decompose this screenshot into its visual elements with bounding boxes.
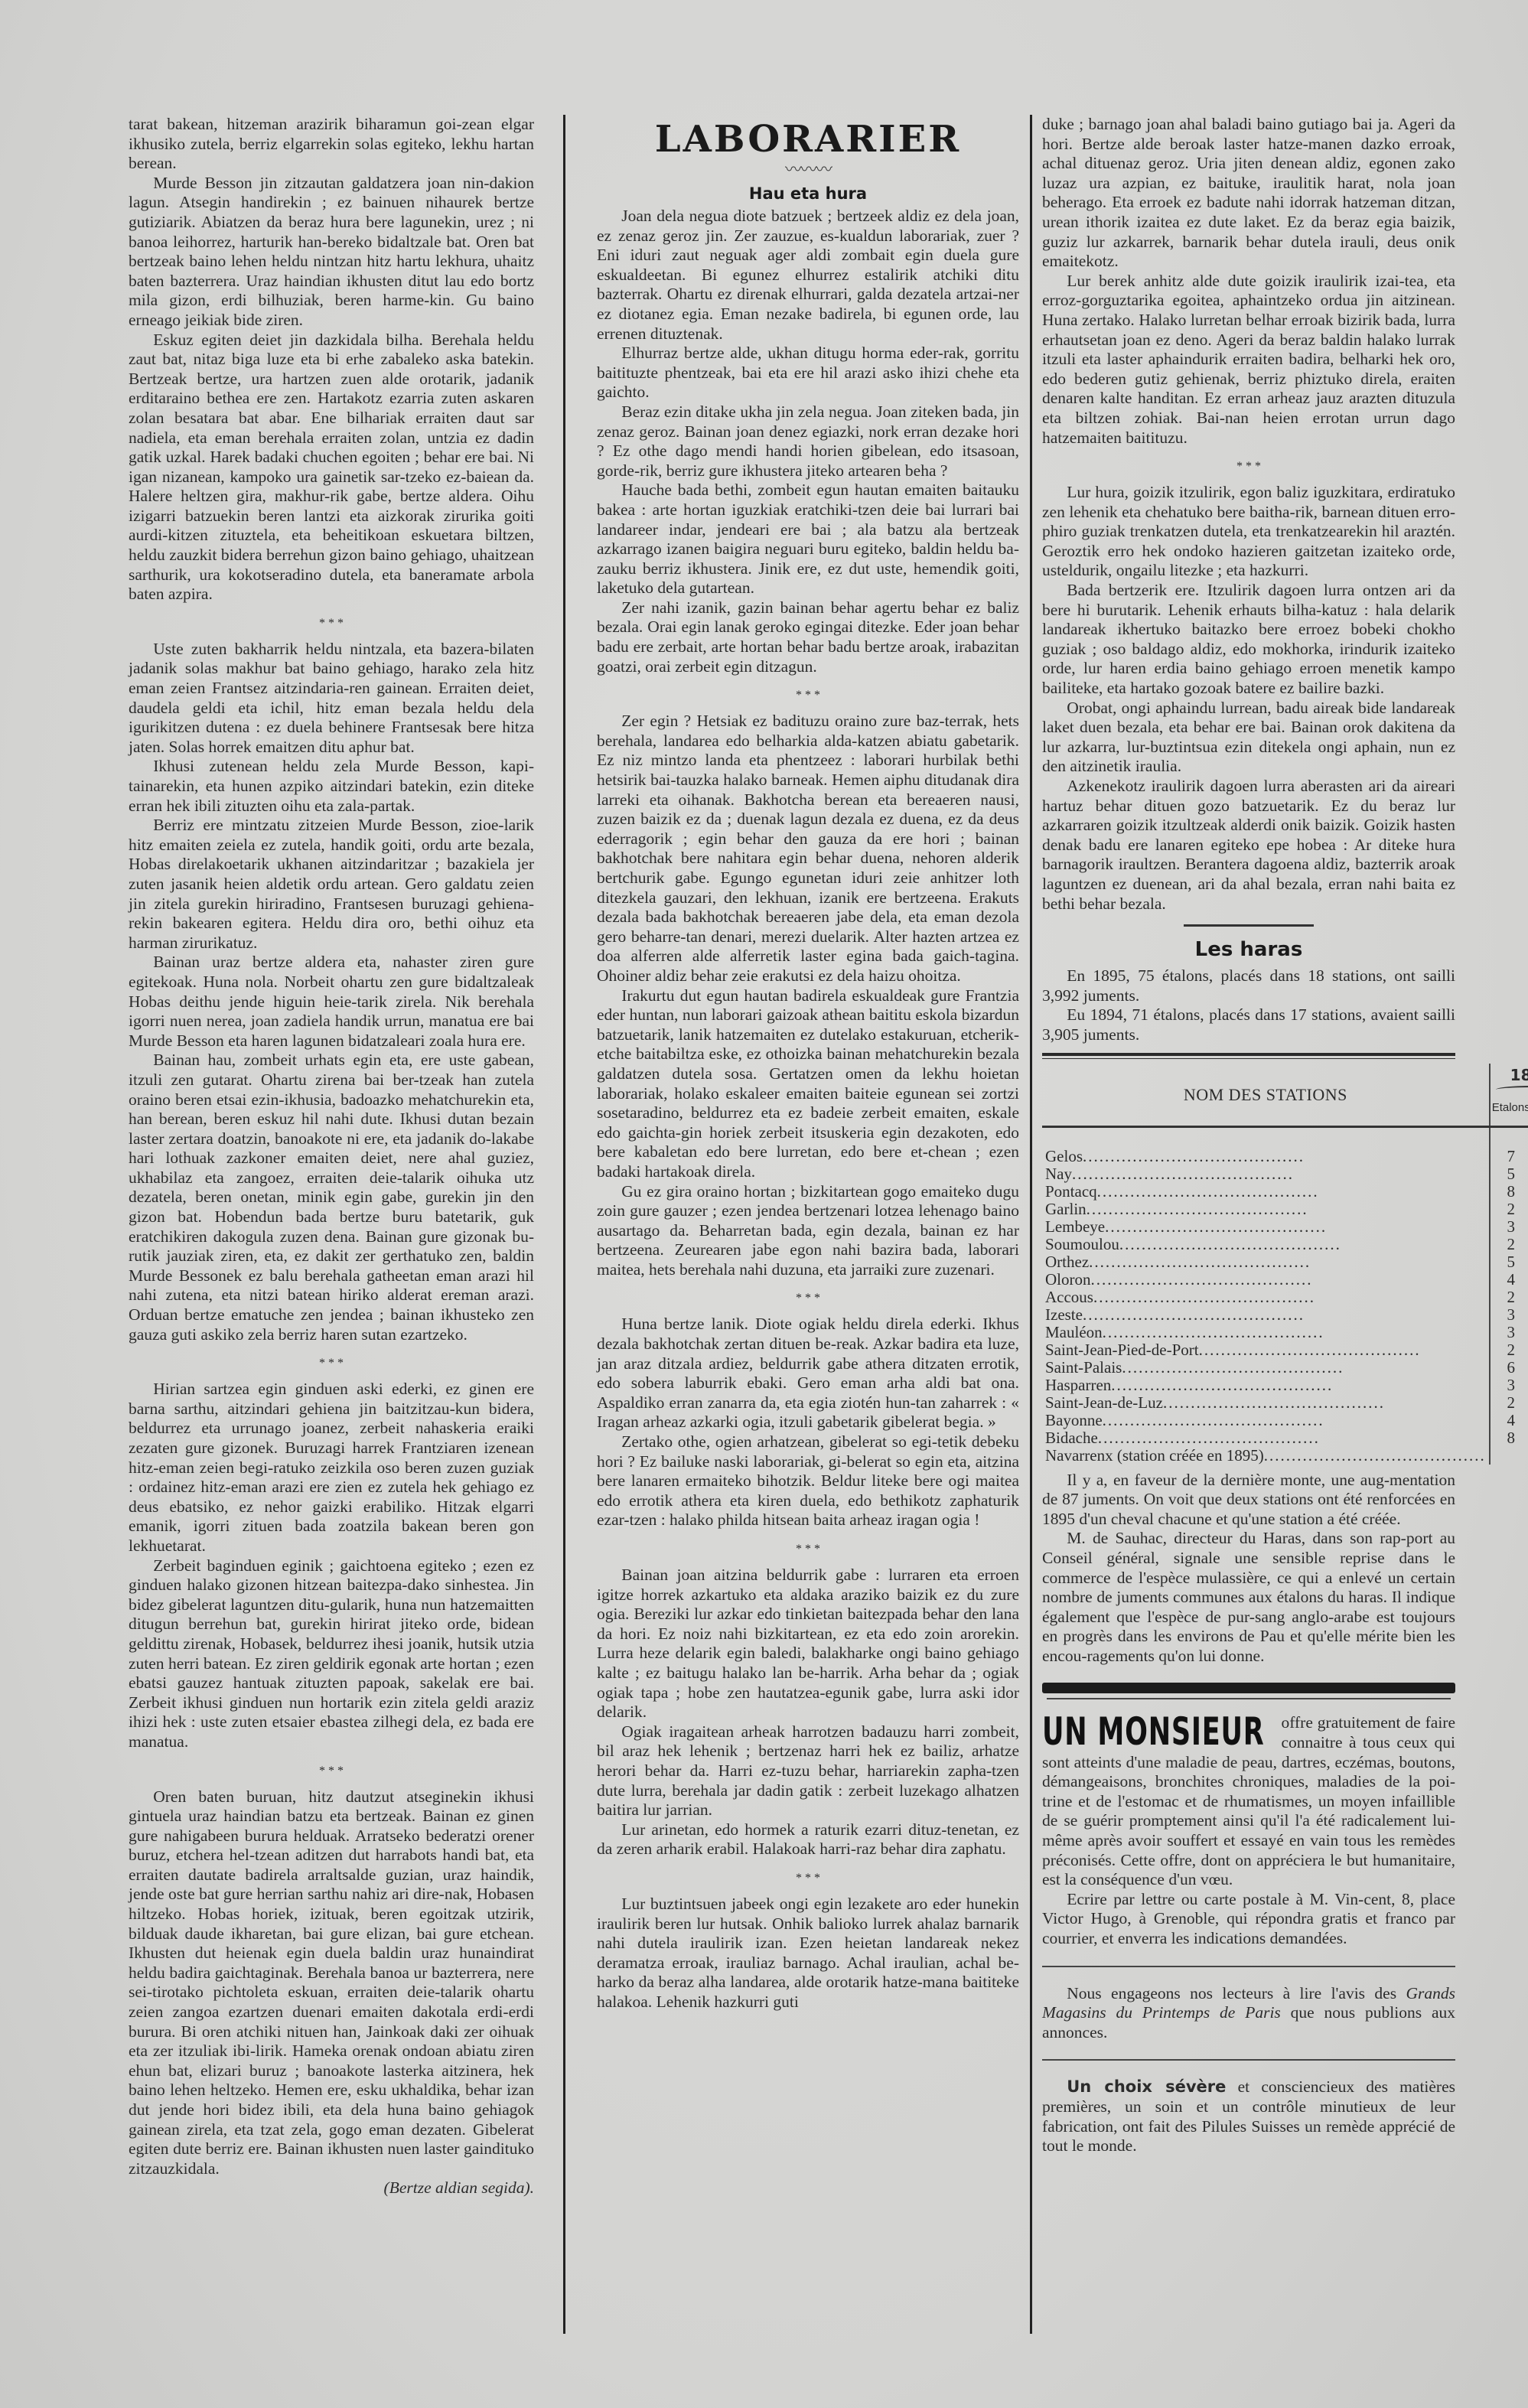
advert-text: UN MONSIEURoffre gratuitement de faire c… [1042, 1713, 1455, 1889]
paragraph: Elhurraz bertze alde, ukhan ditugu horma… [597, 344, 1019, 402]
paragraph: Irakurtu dut egun hautan badirela eskual… [597, 986, 1019, 1182]
cell-e1894: 7 [1490, 1126, 1528, 1165]
haras-title: Les haras [1042, 936, 1455, 963]
section-divider [1042, 1966, 1455, 1967]
cell-e1894: 4 [1490, 1412, 1528, 1429]
table-row: Nay53305314 [1042, 1165, 1528, 1183]
paragraph: duke ; barnago joan ahal baladi baino gu… [1042, 115, 1455, 272]
table-row: Bayonne41954189 [1042, 1412, 1528, 1429]
paragraph: Hauche bada bethi, zombeit egun hautan e… [597, 481, 1019, 598]
column-3: duke ; barnago joan ahal baladi baino gu… [1042, 115, 1455, 2156]
station-name: Mauléon [1042, 1324, 1490, 1341]
station-name: Garlin [1042, 1201, 1490, 1218]
paragraph: Oren baten buruan, hitz dautzut atsegine… [129, 1787, 534, 2179]
station-name: Hasparren [1042, 1377, 1490, 1394]
station-name: Gelos [1042, 1126, 1490, 1165]
to-be-continued: (Bertze aldian segida). [384, 2178, 534, 2198]
paragraph: Zer egin ? Hetsiak ez badituzu oraino zu… [597, 712, 1019, 986]
column-header-station: NOM DES STATIONS [1042, 1064, 1490, 1127]
table-row: Accous262267 [1042, 1289, 1528, 1306]
newspaper-page: tarat bakean, hitzeman arazirik biharamu… [0, 0, 1528, 2408]
cell-e1894: 4 [1490, 1271, 1528, 1289]
cell-e1894: 5 [1490, 1253, 1528, 1271]
paragraph: Ikhusi zutenean heldu zela Murde Besson,… [129, 757, 534, 816]
paragraph: tarat bakean, hitzeman arazirik biharamu… [129, 115, 534, 174]
paragraph: Bainan joan aitzina beldurrik gabe : lur… [597, 1566, 1019, 1722]
table-top-rule [1042, 1053, 1455, 1059]
notice-printemps: Nous engageons nos lecteurs à lire l'avi… [1042, 1984, 1455, 2043]
paragraph: Hirian sartzea egin ginduen aski ederki,… [129, 1380, 534, 1556]
cell-e1894 [1490, 1447, 1528, 1465]
table-row: Oloron43295326 [1042, 1271, 1528, 1289]
table-row: Orthez52775285 [1042, 1253, 1528, 1271]
table-row: Saint-Jean-Pied-de-Port21402146 [1042, 1341, 1528, 1359]
cell-e1894: 2 [1490, 1341, 1528, 1359]
paragraph: Eskuz egiten deiet jin dazkidala bilha. … [129, 331, 534, 604]
paragraph: Ogiak iragaitean arheak harrotzen badauz… [597, 1722, 1019, 1820]
paragraph: Gu ez gira oraino hortan ; bizkitartean … [597, 1182, 1019, 1280]
paragraph: Orobat, ongi aphaindu lurrean, badu aire… [1042, 699, 1455, 777]
cell-e1894: 3 [1490, 1324, 1528, 1341]
notice-pilules-suisses: Un choix sévère et consciencieux des mat… [1042, 2077, 1455, 2155]
paragraph: Azkenekotz iraulirik dagoen lurra aberas… [1042, 777, 1455, 914]
table-row: Soumoulou21113144 [1042, 1236, 1528, 1253]
haras-section: Les haras En 1895, 75 étalons, placés da… [1042, 936, 1455, 1666]
article-subheading: Hau eta hura [597, 182, 1019, 205]
station-name: Lembeye [1042, 1218, 1490, 1236]
column-rule-left [563, 115, 565, 2334]
cell-e1894: 3 [1490, 1306, 1528, 1324]
station-name: Navarrenx (station créée en 1895) [1042, 1447, 1490, 1465]
paragraph: Lur hura, goizik itzulirik, egon baliz i… [1042, 483, 1455, 581]
paragraph: Zertako othe, ogien arhatzean, gibelerat… [597, 1432, 1019, 1530]
column-rule-right [1030, 115, 1032, 2334]
section-stars-divider: * * * [597, 1290, 1019, 1307]
section-stars-divider: * * * [129, 615, 534, 632]
cell-e1894: 8 [1490, 1183, 1528, 1201]
paragraph: Bainan hau, zombeit urhats egin eta, ere… [129, 1051, 534, 1344]
station-name: Pontacq [1042, 1183, 1490, 1201]
station-name: Soumoulou [1042, 1236, 1490, 1253]
table-row: Garlin21312154 [1042, 1201, 1528, 1218]
table-row: Saint-Palais63296316 [1042, 1359, 1528, 1377]
paragraph: Joan dela negua diote batzuek ; bertzeek… [597, 207, 1019, 344]
advert-top-rule-thin [1047, 1698, 1451, 1699]
table-row: Gelos73778415 [1042, 1126, 1528, 1165]
column-header-1894: 1894 [1490, 1064, 1528, 1094]
paragraph: Berriz ere mintzatu zitzeien Murde Besso… [129, 816, 534, 953]
column-1-serial-story: tarat bakean, hitzeman arazirik biharamu… [129, 115, 534, 2198]
paragraph: Huna bertze lanik. Diote ogiak heldu dir… [597, 1315, 1019, 1432]
cell-e1894: 3 [1490, 1377, 1528, 1394]
section-stars-divider: * * * [597, 687, 1019, 704]
paragraph: Lur buztintsuen jabeek ongi egin lezaket… [597, 1895, 1019, 2012]
advert-top-rule [1042, 1683, 1455, 1693]
column-header-etalons-1894: Etalons [1490, 1094, 1528, 1127]
paragraph: Zer nahi izanik, gazin bainan behar ager… [597, 598, 1019, 676]
paragraph: Bada bertzerik ere. Itzulirik dagoen lur… [1042, 581, 1455, 699]
paragraph: Beraz ezin ditake ukha jin zela negua. J… [597, 402, 1019, 481]
table-row: Navarrenx (station créée en 1895)2139 [1042, 1447, 1528, 1465]
advert-address: Ecrire par lettre ou carte postale à M. … [1042, 1890, 1455, 1949]
station-name: Saint-Jean-de-Luz [1042, 1394, 1490, 1412]
paragraph: Murde Besson jin zitzautan galdatzera jo… [129, 174, 534, 331]
section-stars-divider: * * * [597, 1541, 1019, 1558]
station-name: Nay [1042, 1165, 1490, 1183]
station-name: Accous [1042, 1289, 1490, 1306]
squiggle-ornament: 〰〰〰 [597, 164, 1019, 176]
column-2-laborarier: LABORARIER 〰〰〰 Hau eta hura Joan dela ne… [597, 115, 1019, 2012]
continued-notice: (Bertze aldian segida). [129, 2178, 534, 2198]
cell-e1894: 3 [1490, 1218, 1528, 1236]
paragraph: Lur arinetan, edo hormek a raturik ezarr… [597, 1820, 1019, 1859]
table-row: Hasparren31623150 [1042, 1377, 1528, 1394]
table-row: Izeste31943139 [1042, 1306, 1528, 1324]
station-name: Saint-Jean-Pied-de-Port [1042, 1341, 1490, 1359]
station-name: Oloron [1042, 1271, 1490, 1289]
station-name: Izeste [1042, 1306, 1490, 1324]
cell-e1894: 6 [1490, 1359, 1528, 1377]
paragraph: En 1895, 75 étalons, placés dans 18 stat… [1042, 966, 1455, 1005]
station-name: Saint-Palais [1042, 1359, 1490, 1377]
section-masthead: LABORARIER [597, 118, 1019, 161]
advert-headline: UN MONSIEUR [1042, 1713, 1265, 1750]
advert-un-monsieur: UN MONSIEURoffre gratuitement de faire c… [1042, 1713, 1455, 1948]
paragraph: M. de Sauhac, directeur du Haras, dans s… [1042, 1529, 1455, 1666]
cell-e1894: 5 [1490, 1165, 1528, 1183]
section-divider [1042, 2059, 1455, 2061]
paragraph: Bainan uraz bertze aldera eta, nahaster … [129, 953, 534, 1051]
table-row: Saint-Jean-de-Luz2104291 [1042, 1394, 1528, 1412]
section-divider [1184, 924, 1314, 927]
haras-stations-table: NOM DES STATIONS 1894 1895 Etalons Saill… [1042, 1064, 1528, 1465]
cell-e1894: 2 [1490, 1394, 1528, 1412]
table-row: Mauléon31463131 [1042, 1324, 1528, 1341]
cell-e1894: 2 [1490, 1201, 1528, 1218]
station-name: Bayonne [1042, 1412, 1490, 1429]
paragraph: Eu 1894, 71 étalons, placés dans 17 stat… [1042, 1005, 1455, 1044]
section-stars-divider: * * * [129, 1763, 534, 1780]
paragraph: Il y a, en faveur de la dernière monte, … [1042, 1471, 1455, 1530]
station-name: Bidache [1042, 1429, 1490, 1447]
table-row: Bidache84308416 [1042, 1429, 1528, 1447]
section-stars-divider: * * * [129, 1355, 534, 1372]
section-stars-divider: * * * [597, 1870, 1019, 1887]
paragraph: Uste zuten bakharrik heldu nintzala, eta… [129, 640, 534, 758]
paragraph: Lur berek anhitz alde dute goizik irauli… [1042, 272, 1455, 448]
table-row: Pontacq83948349 [1042, 1183, 1528, 1201]
cell-e1894: 2 [1490, 1236, 1528, 1253]
paragraph: Zerbeit baginduen eginik ; gaichtoena eg… [129, 1556, 534, 1752]
station-name: Orthez [1042, 1253, 1490, 1271]
section-stars-divider: * * * [1042, 458, 1455, 475]
cell-e1894: 2 [1490, 1289, 1528, 1306]
cell-e1894: 8 [1490, 1429, 1528, 1447]
table-row: Lembeye31944221 [1042, 1218, 1528, 1236]
